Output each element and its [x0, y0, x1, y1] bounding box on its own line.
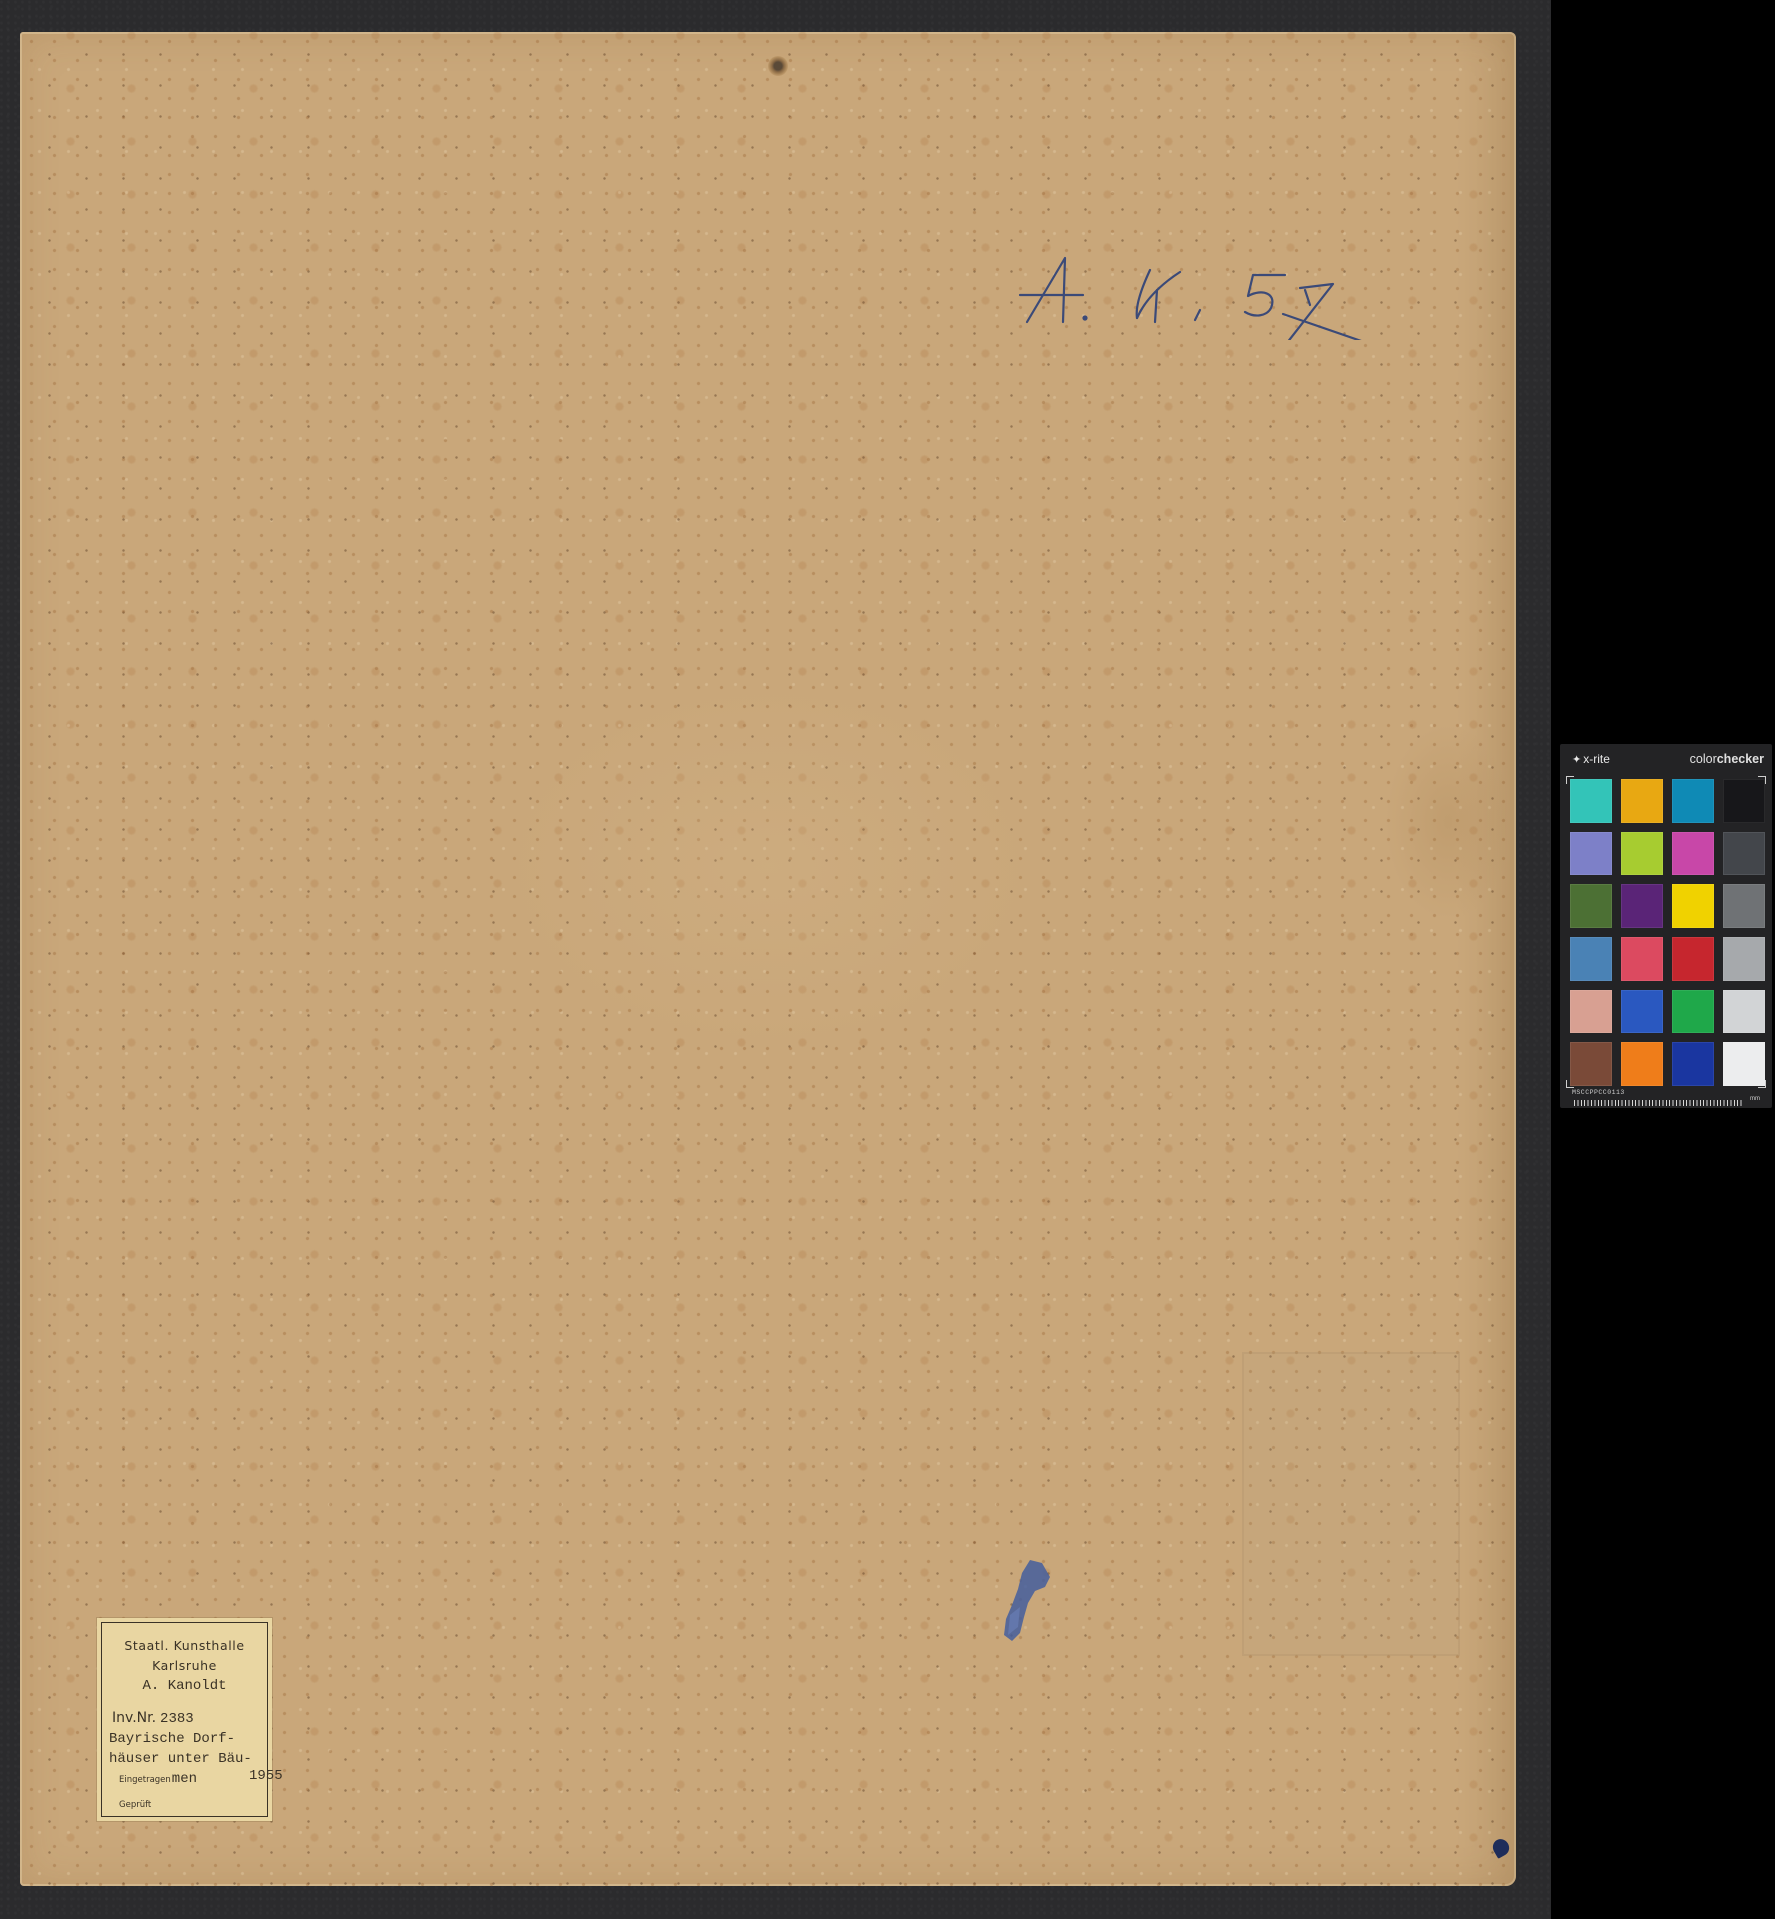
color-patch — [1672, 990, 1714, 1034]
color-patch — [1570, 832, 1612, 876]
color-patch — [1723, 990, 1765, 1034]
checker-brand: ✦x-rite — [1572, 752, 1610, 766]
handwritten-inscription: A. K. 57 — [1005, 230, 1375, 340]
color-patch — [1723, 832, 1765, 876]
blue-paint-mark — [990, 1555, 1055, 1645]
color-checker-card: ✦x-rite colorchecker MSCCPPCC0113 mm — [1560, 744, 1772, 1108]
color-patch — [1570, 990, 1612, 1034]
color-patch — [1621, 990, 1663, 1034]
color-patch — [1672, 937, 1714, 981]
color-patch — [1621, 1042, 1663, 1086]
handwriting-strokes — [1005, 230, 1375, 340]
label-inventory: Inv.Nr.2383 — [112, 1710, 287, 1727]
label-institution-line1: Staatl. Kunsthalle — [97, 1638, 272, 1653]
ruler-unit: mm — [1750, 1096, 1760, 1102]
color-patch-grid — [1570, 779, 1765, 1086]
color-patch — [1621, 884, 1663, 928]
label-title-line1: Bayrische Dorf- — [109, 1731, 284, 1747]
color-patch — [1672, 832, 1714, 876]
label-inventory-number: 2383 — [160, 1711, 194, 1727]
checker-product-suffix: checker — [1717, 752, 1764, 766]
label-institution-line2: Karlsruhe — [97, 1658, 272, 1673]
color-patch — [1672, 1042, 1714, 1086]
stain-rectangle — [1242, 1352, 1460, 1656]
label-title-line3: men — [172, 1771, 197, 1787]
label-artist: A. Kanoldt — [97, 1678, 272, 1694]
label-inventory-prefix: Inv.Nr. — [112, 1710, 156, 1726]
xrite-logo-icon: ✦ — [1572, 754, 1581, 766]
checker-brand-text: x-rite — [1583, 752, 1610, 766]
checker-product-prefix: color — [1690, 752, 1717, 766]
museum-inventory-label: Staatl. Kunsthalle Karlsruhe A. Kanoldt … — [97, 1618, 272, 1821]
color-patch — [1723, 779, 1765, 823]
mm-ruler — [1574, 1097, 1744, 1106]
checker-serial: MSCCPPCC0113 — [1572, 1089, 1625, 1096]
label-year: 1955 — [249, 1768, 283, 1784]
color-patch — [1621, 937, 1663, 981]
blue-smudge-shape — [990, 1555, 1055, 1645]
color-patch — [1570, 779, 1612, 823]
label-title-line2: häuser unter Bäu- — [109, 1751, 284, 1767]
color-patch — [1570, 884, 1612, 928]
label-registered-caption: Eingetragen — [119, 1775, 171, 1785]
color-patch — [1723, 884, 1765, 928]
label-checked-caption: Geprüft — [119, 1800, 294, 1810]
label-registered-row: Eingetragenmen1955 — [119, 1771, 294, 1787]
color-patch — [1621, 779, 1663, 823]
checker-product-name: colorchecker — [1690, 752, 1764, 766]
nail-hole — [768, 56, 788, 76]
color-patch — [1723, 937, 1765, 981]
color-patch — [1621, 832, 1663, 876]
color-patch — [1672, 779, 1714, 823]
color-patch — [1570, 937, 1612, 981]
color-patch — [1723, 1042, 1765, 1086]
color-patch — [1570, 1042, 1612, 1086]
color-patch — [1672, 884, 1714, 928]
